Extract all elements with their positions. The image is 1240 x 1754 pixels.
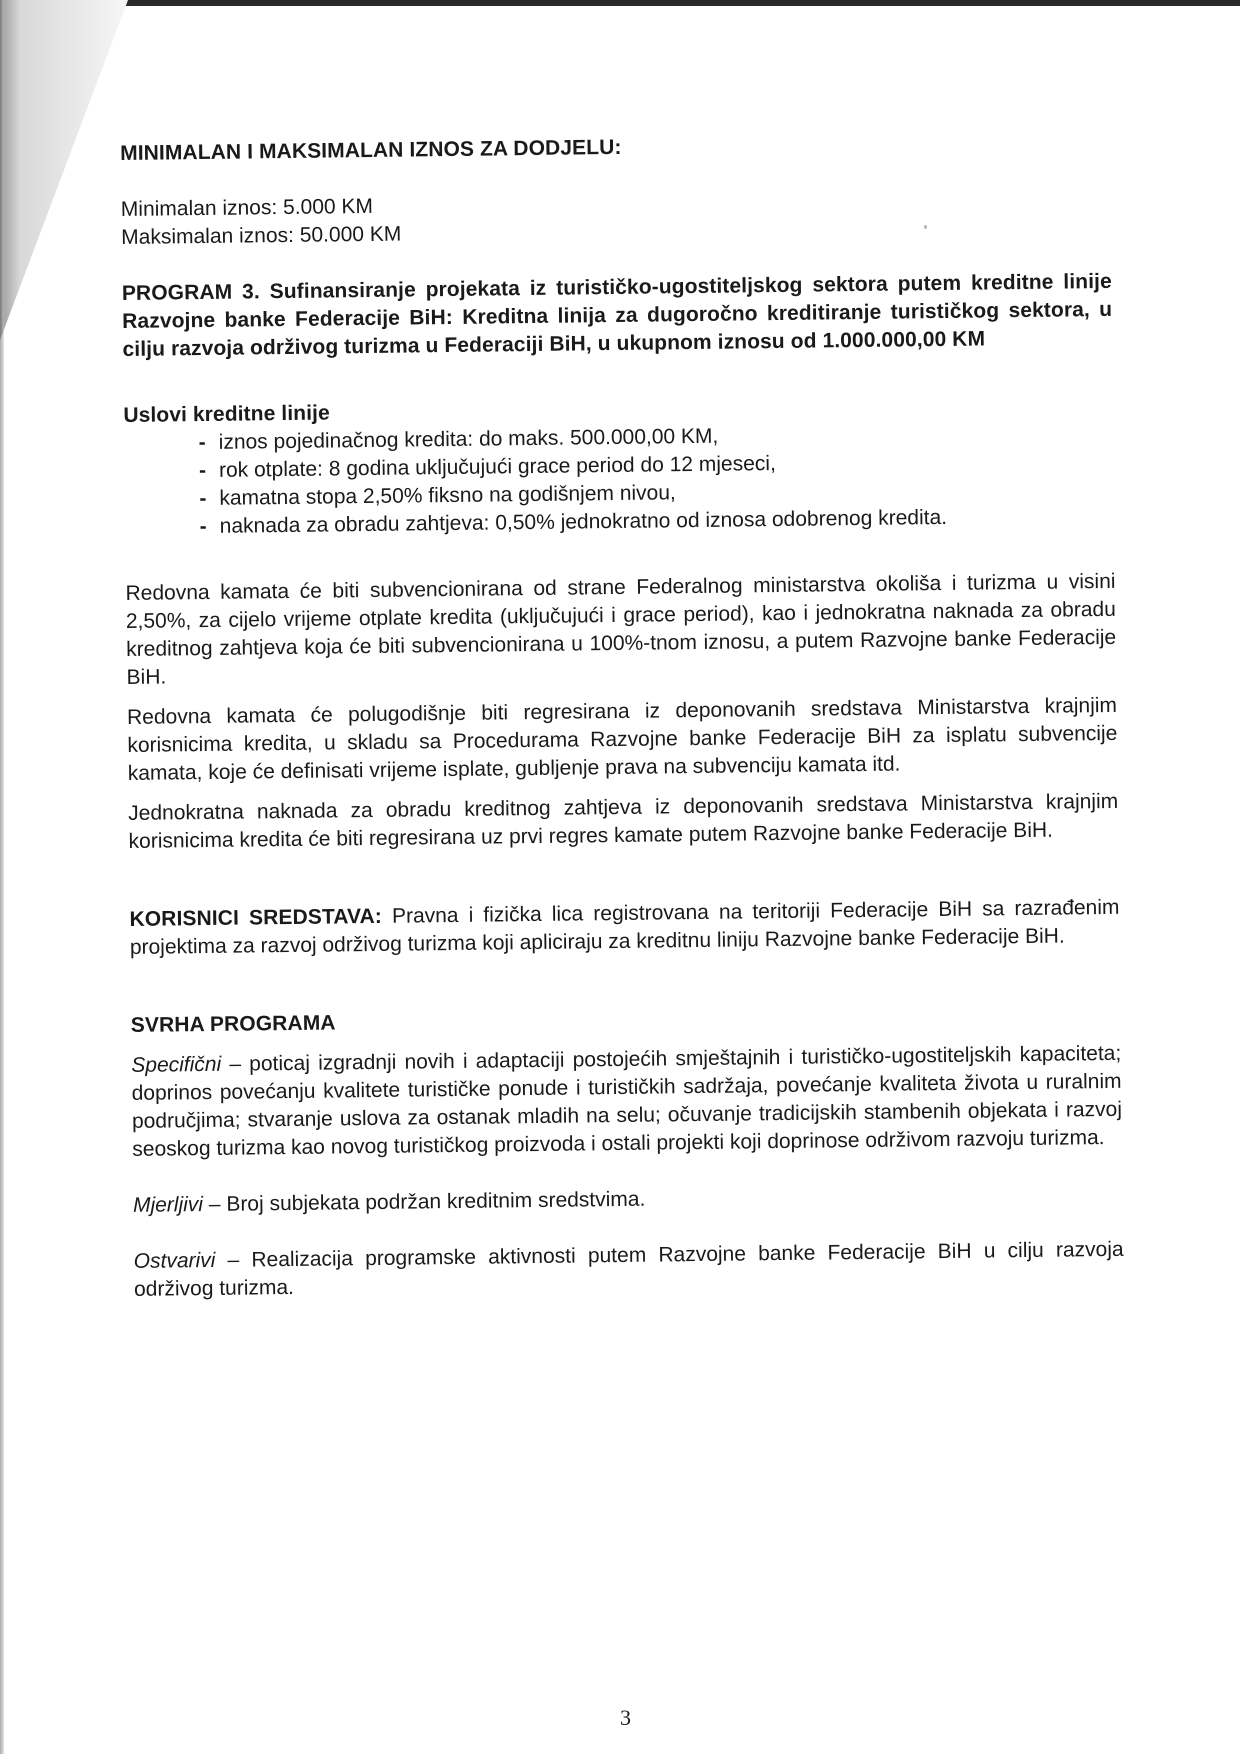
measurable-text: – Broj subjekata podržan kreditnim sreds… — [203, 1188, 646, 1216]
heading-min-max: MINIMALAN I MAKSIMALAN IZNOS ZA DODJELU: — [120, 128, 1110, 168]
purpose-heading: SVRHA PROGRAMA — [131, 1000, 1121, 1040]
paragraph-interest-subsidy: Redovna kamata će biti subvencionirana o… — [125, 568, 1116, 692]
achievable-text: – Realizacija programske aktivnosti pute… — [134, 1238, 1124, 1301]
specific-text: – poticaj izgradnji novih i adaptaciji p… — [132, 1042, 1123, 1161]
specific-label: Specifični — [131, 1053, 221, 1077]
program3-heading: PROGRAM 3. Sufinansiranje projekata iz t… — [122, 268, 1113, 364]
scan-top-edge — [0, 0, 1240, 6]
paragraph-interest-regres: Redovna kamata će polugodišnje biti regr… — [127, 692, 1118, 788]
achievable-label: Ostvarivi — [134, 1249, 216, 1273]
purpose-measurable: Mjerljivi – Broj subjekata podržan kredi… — [133, 1180, 1123, 1220]
paragraph-fee-regres: Jednokratna naknada za obradu kreditnog … — [128, 788, 1119, 856]
purpose-specific: Specifični – poticaj izgradnji novih i a… — [131, 1040, 1122, 1164]
measurable-label: Mjerljivi — [133, 1193, 203, 1217]
scan-left-edge — [0, 0, 4, 1754]
beneficiaries-label: KORISNICI SREDSTAVA: — [129, 905, 382, 931]
credit-terms-list: iznos pojedinačnog kredita: do maks. 500… — [124, 418, 1115, 542]
document-page: MINIMALAN I MAKSIMALAN IZNOS ZA DODJELU:… — [120, 128, 1124, 1304]
purpose-achievable: Ostvarivi – Realizacija programske aktiv… — [134, 1236, 1125, 1304]
page-fold-shadow — [0, 0, 130, 1754]
beneficiaries-paragraph: KORISNICI SREDSTAVA: Pravna i fizička li… — [129, 894, 1120, 962]
page-number: 3 — [620, 1705, 631, 1731]
